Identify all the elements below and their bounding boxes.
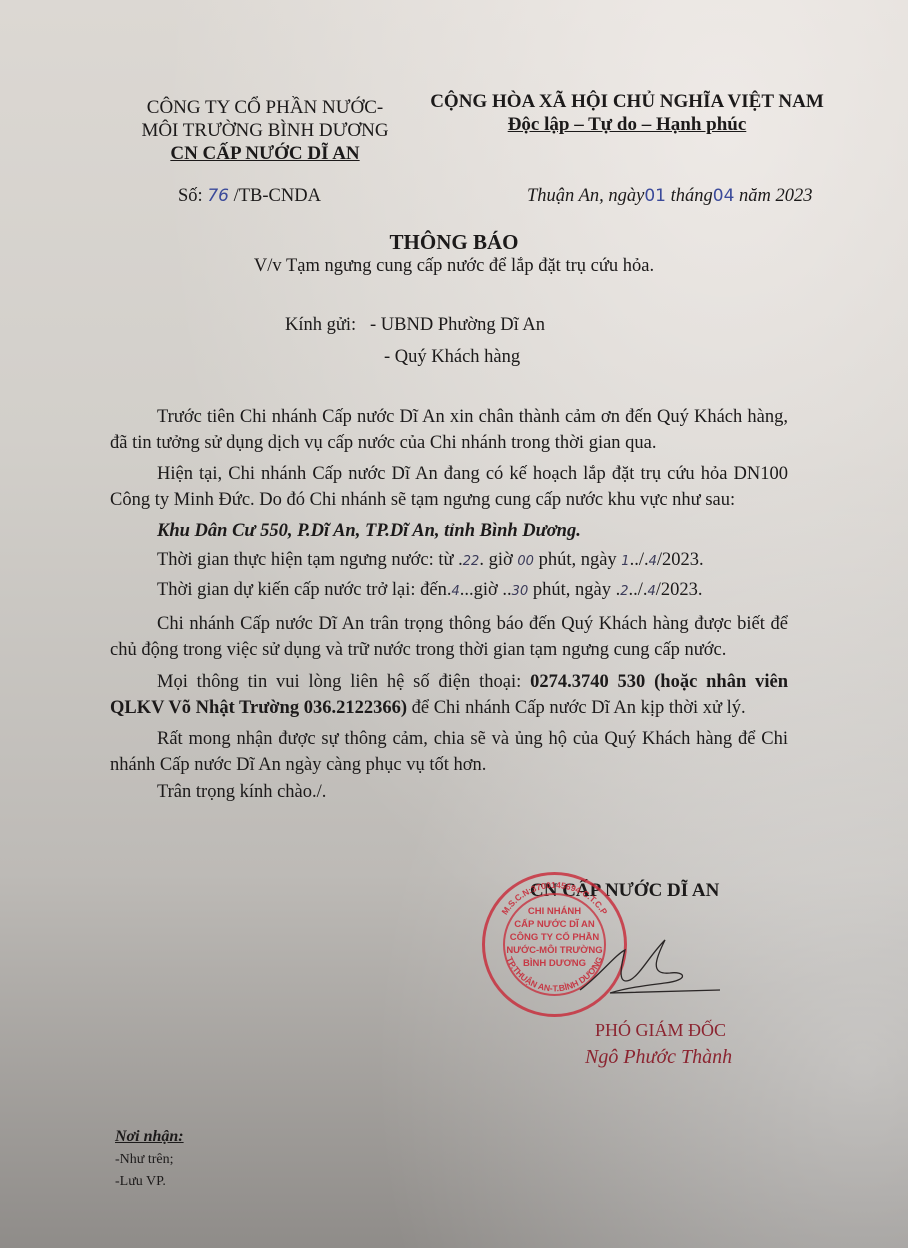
resume-month: 4 [648, 584, 656, 599]
document-title: THÔNG BÁO [0, 230, 908, 255]
recipients-label: Kính gửi: [285, 315, 356, 336]
resume-minute: 30 [512, 584, 529, 599]
paragraph-contact: Mọi thông tin vui lòng liên hệ số điện t… [110, 669, 788, 721]
document-page: CÔNG TY CỔ PHẦN NƯỚC- MÔI TRƯỜNG BÌNH DƯ… [0, 0, 908, 1248]
stop-hour: 22 [463, 554, 480, 569]
header-left: CÔNG TY CỔ PHẦN NƯỚC- MÔI TRƯỜNG BÌNH DƯ… [130, 96, 400, 165]
stop-month: 4 [649, 554, 657, 569]
date-day: 01 [644, 186, 666, 206]
resume-time: Thời gian dự kiến cấp nước trở lại: đến.… [157, 580, 703, 601]
resume-day: 2 [620, 584, 628, 599]
company-name-line2: MÔI TRƯỜNG BÌNH DƯƠNG [130, 119, 400, 142]
stop-minute: 00 [517, 554, 534, 569]
signer-title: PHÓ GIÁM ĐỐC [595, 1020, 726, 1041]
handwritten-signature [570, 935, 760, 1005]
national-motto: Độc lập – Tự do – Hạnh phúc [402, 113, 852, 136]
footer-recipient-2: -Lưu VP. [115, 1174, 166, 1190]
footer-recipients-label: Nơi nhận: [115, 1128, 184, 1146]
stop-day: 1 [621, 554, 629, 569]
date-month: 04 [713, 186, 735, 206]
signer-name: Ngô Phước Thành [585, 1046, 732, 1069]
place-date: Thuận An, ngày01 tháng04 năm 2023 [527, 186, 813, 207]
paragraph-notice: Chi nhánh Cấp nước Dĩ An trân trọng thôn… [110, 611, 788, 663]
document-number: Số: 76 /TB-CNDA [178, 186, 321, 207]
recipient-1: - UBND Phường Dĩ An [370, 315, 545, 336]
footer-recipient-1: -Như trên; [115, 1152, 174, 1168]
header-right: CỘNG HÒA XÃ HỘI CHỦ NGHĨA VIỆT NAM Độc l… [402, 90, 852, 136]
paragraph-plan: Hiện tại, Chi nhánh Cấp nước Dĩ An đang … [110, 461, 788, 513]
document-subject: V/v Tạm ngưng cung cấp nước để lắp đặt t… [0, 256, 908, 277]
recipient-2: - Quý Khách hàng [384, 347, 520, 368]
stop-time: Thời gian thực hiện tạm ngưng nước: từ .… [157, 550, 704, 571]
closing: Trân trọng kính chào./. [157, 782, 326, 803]
company-name-line1: CÔNG TY CỔ PHẦN NƯỚC- [130, 96, 400, 119]
doc-number-handwritten: 76 [207, 186, 229, 206]
branch-name: CN CẤP NƯỚC DĨ AN [130, 142, 400, 165]
national-title: CỘNG HÒA XÃ HỘI CHỦ NGHĨA VIỆT NAM [402, 90, 852, 113]
resume-hour: 4 [451, 584, 459, 599]
paragraph-thanks: Trước tiên Chi nhánh Cấp nước Dĩ An xin … [110, 404, 788, 456]
affected-area: Khu Dân Cư 550, P.Dĩ An, TP.Dĩ An, tỉnh … [157, 521, 581, 542]
paragraph-appreciation: Rất mong nhận được sự thông cảm, chia sẽ… [110, 726, 788, 778]
